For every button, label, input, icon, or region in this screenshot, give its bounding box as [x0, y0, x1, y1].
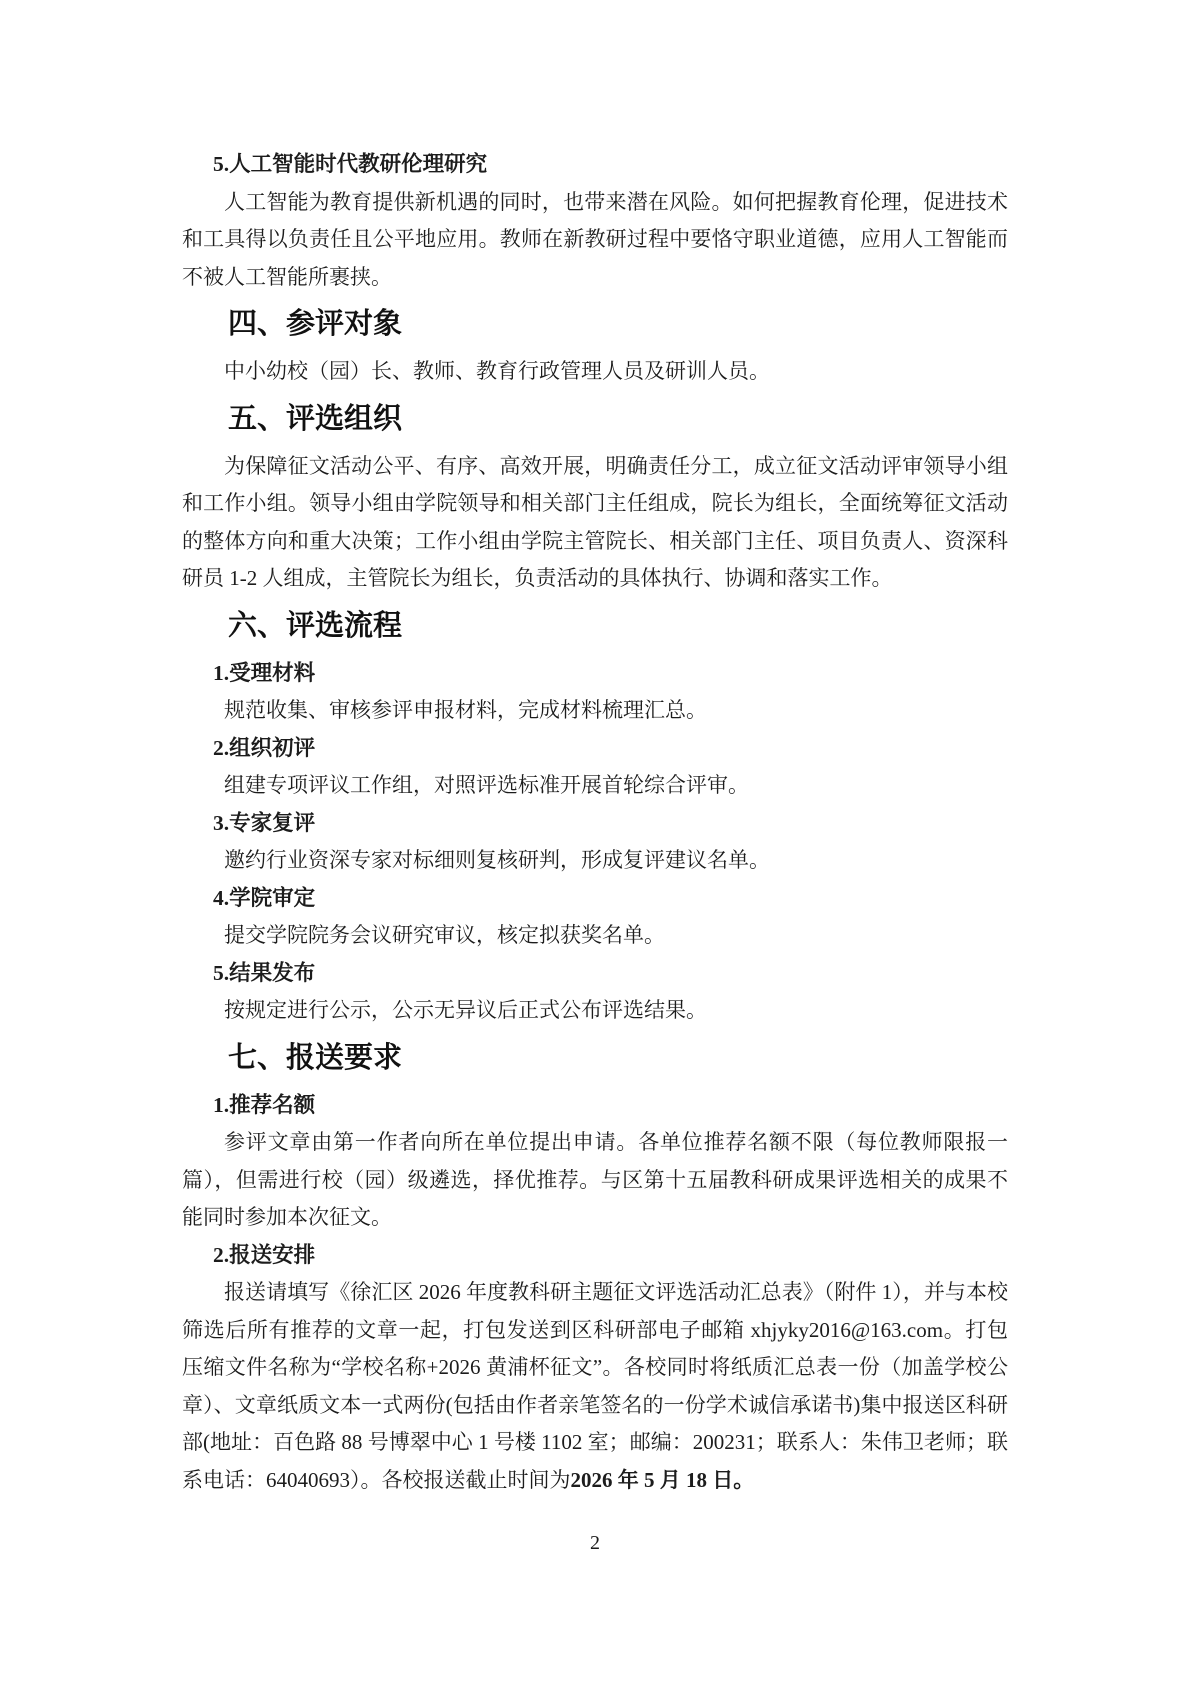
deadline-date: 2026 年 5 月 18 日。 — [571, 1468, 755, 1492]
document-body: 5.人工智能时代教研伦理研究 人工智能为教育提供新机遇的同时，也带来潜在风险。如… — [182, 146, 1008, 1499]
page-number: 2 — [0, 1530, 1190, 1556]
sub-heading: 2.报送安排 — [182, 1237, 1008, 1275]
sub-heading: 1.推荐名额 — [182, 1087, 1008, 1125]
paragraph: 邀约行业资深专家对标细则复核研判，形成复评建议名单。 — [182, 842, 1008, 880]
paragraph-text: 报送请填写《徐汇区 2026 年度教科研主题征文评选活动汇总表》（附件 1），并… — [182, 1280, 1008, 1492]
paragraph: 组建专项评议工作组，对照评选标准开展首轮综合评审。 — [182, 767, 1008, 805]
sub-heading: 2.组织初评 — [182, 730, 1008, 768]
document-page: 5.人工智能时代教研伦理研究 人工智能为教育提供新机遇的同时，也带来潜在风险。如… — [0, 0, 1190, 1683]
sub-heading: 4.学院审定 — [182, 880, 1008, 918]
sub-heading: 3.专家复评 — [182, 805, 1008, 843]
section-heading: 七、报送要求 — [182, 1037, 1008, 1079]
section-heading: 四、参评对象 — [182, 303, 1008, 345]
paragraph: 为保障征文活动公平、有序、高效开展，明确责任分工，成立征文活动评审领导小组和工作… — [182, 448, 1008, 598]
section-heading: 六、评选流程 — [182, 605, 1008, 647]
section-heading: 五、评选组织 — [182, 398, 1008, 440]
paragraph: 报送请填写《徐汇区 2026 年度教科研主题征文评选活动汇总表》（附件 1），并… — [182, 1274, 1008, 1499]
sub-heading: 1.受理材料 — [182, 655, 1008, 693]
paragraph: 参评文章由第一作者向所在单位提出申请。各单位推荐名额不限（每位教师限报一篇），但… — [182, 1124, 1008, 1237]
paragraph: 规范收集、审核参评申报材料，完成材料梳理汇总。 — [182, 692, 1008, 730]
paragraph: 人工智能为教育提供新机遇的同时，也带来潜在风险。如何把握教育伦理，促进技术和工具… — [182, 184, 1008, 297]
sub-heading: 5.结果发布 — [182, 955, 1008, 993]
paragraph: 提交学院院务会议研究审议，核定拟获奖名单。 — [182, 917, 1008, 955]
sub-heading: 5.人工智能时代教研伦理研究 — [182, 146, 1008, 184]
paragraph: 按规定进行公示，公示无异议后正式公布评选结果。 — [182, 992, 1008, 1030]
paragraph: 中小幼校（园）长、教师、教育行政管理人员及研训人员。 — [182, 353, 1008, 391]
